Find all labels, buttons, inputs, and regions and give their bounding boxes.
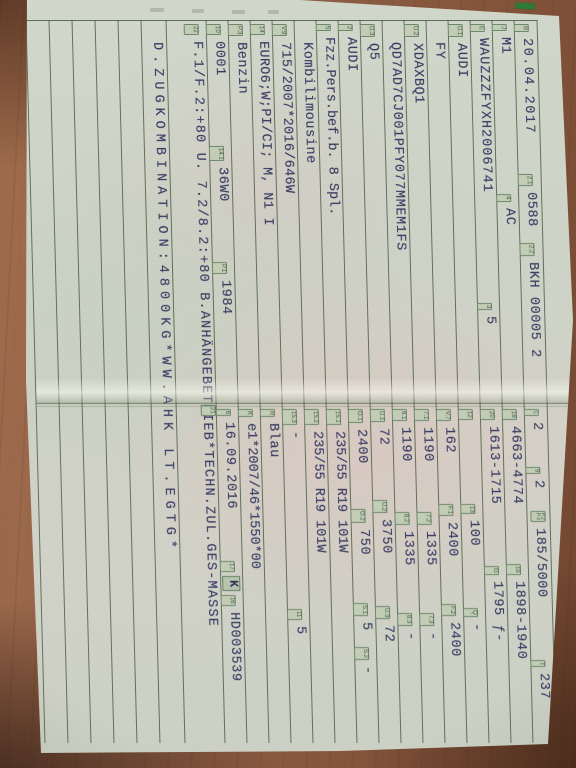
field-value-col6-upper0: QD7AD7CJ001PFY077MMEM1FS bbox=[387, 42, 406, 251]
fold-line bbox=[37, 403, 576, 404]
field-label-6: 6 bbox=[216, 409, 231, 416]
field-label-S.2: S.2 bbox=[354, 647, 369, 660]
field-value-col2-upper1: 5 bbox=[482, 316, 496, 325]
field-value-col9-lower0: 235/55 R19 101W bbox=[331, 431, 348, 553]
field-label-8.3: 8.3 bbox=[397, 613, 412, 625]
field-value-col11-upper0: 715/2007*2016/646W bbox=[277, 42, 295, 193]
field-value-col11-lower1: 5 bbox=[292, 626, 306, 635]
field-label-11: 11 bbox=[287, 609, 302, 619]
field-label-U.1: U.1 bbox=[370, 409, 385, 422]
field-label-19: 19 bbox=[506, 564, 521, 575]
field-value-col1-lower0: 4663-4774 bbox=[507, 426, 523, 504]
field-label-T: T bbox=[530, 660, 545, 668]
field-value-col8-lower2: 5 bbox=[358, 622, 372, 631]
field-value-col6-lower0: 1190 bbox=[397, 427, 412, 462]
document-number-k-box: K bbox=[222, 576, 240, 591]
field-label-15.3: 15.3 bbox=[282, 409, 297, 425]
field-value-col9-upper0: Fzz.Pers.bef.b. 8 Spl. bbox=[321, 37, 340, 215]
field-value-col4-lower2: 2400 bbox=[446, 622, 461, 657]
field-value-col7-lower1: 3750 bbox=[378, 519, 393, 554]
field-value-col7-lower2: 72 bbox=[380, 625, 394, 642]
field-label-O.2: O.2 bbox=[350, 509, 365, 523]
field-label-2.2: 2.2 bbox=[519, 243, 534, 255]
field-label-P.2-P.4: P.2P.4 bbox=[530, 511, 545, 522]
field-label-O.1: O.1 bbox=[348, 409, 363, 423]
field-value-col14-lower3: HD003539 bbox=[226, 612, 242, 682]
field-label-17: 17 bbox=[220, 561, 235, 572]
field-value-col14-upper2: 1984 bbox=[217, 280, 232, 315]
field-value-col8-lower3: - bbox=[359, 666, 373, 675]
field-value-col10-upper0: Kombilimousine bbox=[299, 42, 316, 164]
field-value-col3-lower1: 100 bbox=[466, 520, 481, 546]
field-label-10: 10 bbox=[206, 24, 221, 35]
field-label-20: 20 bbox=[480, 409, 495, 420]
field-label-J: J bbox=[492, 24, 507, 31]
field-label-F.1: F.1 bbox=[438, 504, 453, 516]
field-label-5: 5 bbox=[316, 24, 331, 31]
field-value-col0-upper0: 20.04.2017 bbox=[519, 38, 536, 134]
field-label-16: 16 bbox=[221, 595, 236, 606]
field-label-D.2: D.2 bbox=[404, 24, 419, 37]
field-value-col8-lower0: 2400 bbox=[353, 429, 368, 464]
field-value-col3-lower2: - bbox=[468, 623, 482, 632]
field-value-col1-upper0: M1 bbox=[497, 37, 511, 54]
field-label-U.2: U.2 bbox=[372, 500, 387, 513]
fold-line-secondary bbox=[37, 406, 576, 407]
field-label-F.2: F.2 bbox=[441, 604, 456, 616]
field-value-col11-lower0: - bbox=[287, 431, 301, 440]
field-label-7.1: 7.1 bbox=[414, 409, 429, 421]
field-value-col2-lower0: 1613-1715 bbox=[485, 426, 501, 504]
field-value-col2-upper0: WAUZZZFYXH2006741 bbox=[475, 38, 493, 193]
field-label-E: E bbox=[470, 24, 485, 32]
field-label-13: 13 bbox=[460, 504, 475, 515]
photo-of-vehicle-registration: { "document": { "description_colors": { … bbox=[0, 0, 576, 768]
field-label-3: 3 bbox=[477, 303, 492, 310]
field-value-col2-lower1: 1795 ƒ- bbox=[489, 581, 505, 642]
field-label-8.1: 8.1 bbox=[392, 409, 407, 421]
field-value-col0-upper1: 0588 bbox=[523, 192, 538, 227]
field-label-14: 14 bbox=[250, 24, 265, 35]
field-value-col7-upper0: Q5 bbox=[365, 43, 379, 60]
field-value-col5-lower1: 1335 bbox=[422, 531, 437, 566]
field-value-col5-lower0: 1190 bbox=[419, 427, 434, 462]
field-value-col12-lower0: Blau bbox=[265, 423, 280, 458]
field-label-8.2: 8.2 bbox=[394, 512, 409, 524]
field-label-B: B bbox=[514, 24, 529, 32]
field-label-15.2: 15.2 bbox=[304, 409, 319, 425]
field-value-col12-upper0: EURO6;W;PI/CI; M, N1 I bbox=[255, 41, 274, 226]
field-value-col1-lower1: 1898-1940 bbox=[511, 581, 527, 659]
field-value-col0-lower2: 185/5000 bbox=[532, 528, 548, 598]
field-label-S.1: S.1 bbox=[353, 603, 368, 616]
fold-crease bbox=[36, 378, 576, 404]
field-label-P.3: P.3 bbox=[228, 24, 243, 36]
field-label-18: 18 bbox=[502, 409, 517, 420]
field-value-col1-upper1: AC bbox=[501, 208, 515, 225]
field-value-col8-upper0: AUDI bbox=[343, 37, 358, 72]
field-label-15.1: 15.1 bbox=[326, 409, 341, 425]
field-label-G: G bbox=[484, 566, 499, 575]
field-value-col0-upper2: BKH 00005 2 bbox=[525, 262, 542, 358]
field-label-22: 22 bbox=[184, 24, 199, 35]
field-value-col8-lower1: 750 bbox=[356, 529, 371, 555]
field-value-col10-lower0: 235/55 R19 101W bbox=[309, 431, 326, 553]
field-value-col4-upper0: FY bbox=[431, 42, 445, 59]
field-label-P.1: P.1 bbox=[212, 262, 227, 274]
field-value-col0-lower3: 237 bbox=[536, 673, 551, 699]
field-value-col13-upper0: Benzin bbox=[233, 42, 248, 94]
field-value-col6-lower1: 1335 bbox=[400, 531, 415, 566]
field-label-14.1: 14.1 bbox=[209, 146, 224, 162]
field-label-U.3: U.3 bbox=[375, 606, 390, 619]
field-value-col3-upper0: AUDI bbox=[453, 43, 468, 78]
field-label-D.3: D.3 bbox=[360, 24, 375, 37]
field-value-col13-lower0: e1*2007/46*1550*00 bbox=[243, 423, 261, 569]
registration-document-paper: B20.04.20172.105882.2BKH 00005 2L292P.2P… bbox=[0, 0, 576, 768]
field-value-col5-lower2: - bbox=[425, 632, 439, 641]
field-value-col4-lower1: 2400 bbox=[444, 522, 459, 557]
field-label-D.1: D.1 bbox=[448, 24, 463, 37]
field-value-col14-lower0: 16.09.2016 bbox=[221, 422, 237, 509]
field-label-12: 12 bbox=[458, 409, 473, 420]
document-table: B20.04.20172.105882.2BKH 00005 2L292P.2P… bbox=[0, 0, 576, 768]
field-value-col0-lower0: 2 bbox=[529, 422, 543, 431]
field-label-V.9: V.9 bbox=[272, 24, 287, 36]
field-label-K: K bbox=[238, 409, 253, 417]
field-label-Q: Q bbox=[463, 608, 478, 617]
field-label-4: 4 bbox=[496, 194, 511, 201]
field-label-9: 9 bbox=[525, 467, 540, 474]
field-value-col4-lower0: 162 bbox=[441, 427, 456, 453]
field-label-V.7: V.7 bbox=[436, 409, 451, 421]
field-value-col6-lower2: - bbox=[403, 632, 417, 641]
field-value-col14-upper0: 0001 bbox=[211, 41, 226, 76]
field-label-7.3: 7.3 bbox=[419, 613, 434, 625]
field-value-col14-upper1: 36W0 bbox=[214, 167, 229, 202]
field-label-2: 2 bbox=[338, 24, 353, 31]
field-label-L: L bbox=[524, 409, 539, 416]
field-value-col0-lower1: 2 bbox=[531, 480, 545, 489]
field-value-col5-upper0: XDAXBQ1 bbox=[409, 43, 425, 104]
field-label-7.2: 7.2 bbox=[416, 512, 431, 524]
green-edge-mark bbox=[515, 3, 535, 10]
field-label-2.1: 2.1 bbox=[518, 174, 533, 186]
field-label-R: R bbox=[260, 409, 275, 417]
field-value-col7-lower0: 72 bbox=[375, 428, 389, 445]
